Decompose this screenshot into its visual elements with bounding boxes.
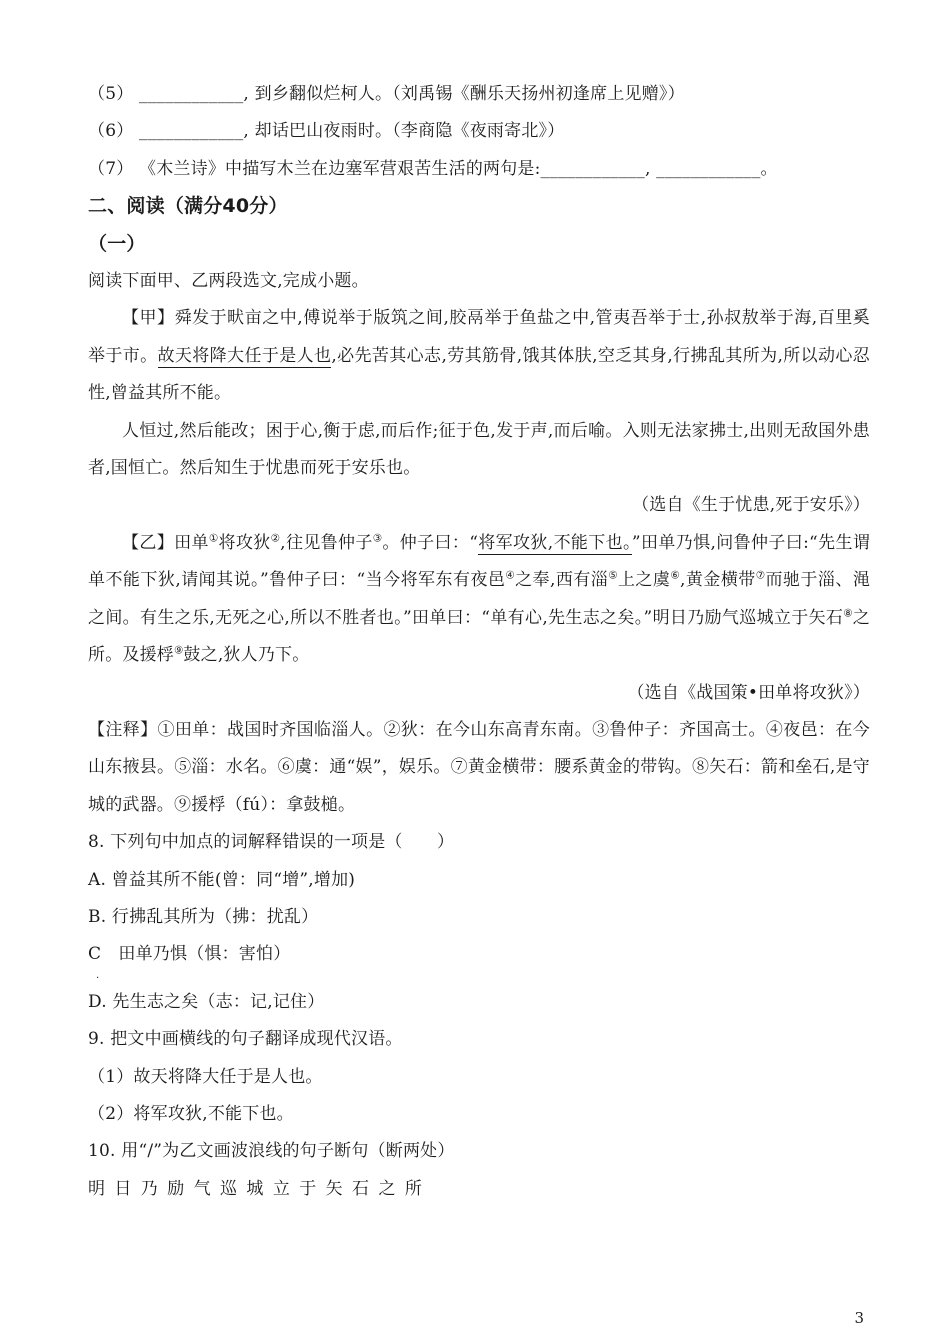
subsection-heading: （一）	[88, 226, 870, 263]
question-10-stem: 10. 用“/”为乙文画波浪线的句子断句（断两处）	[88, 1133, 870, 1170]
note-ref-superscript: ②	[271, 532, 281, 544]
passage-notes: 【注释】①田单：战国时齐国临淄人。②狄：在今山东高青东南。③鲁仲子：齐国高士。④…	[88, 712, 870, 824]
passage-yi-source: （选自《战国策•田单将攻狄》）	[88, 675, 870, 712]
note-ref-superscript: ⑨	[174, 644, 183, 656]
underlined-sentence: 故天将降大任于是人也	[158, 346, 332, 368]
note-ref-superscript: ⑧	[843, 607, 853, 619]
question-8-option-a: A. 曾益其所不能(曾：同“增”,增加)	[88, 862, 870, 899]
text-run: ,黄金横带	[680, 570, 756, 590]
underlined-sentence: 将军攻狄,不能下也。	[478, 533, 632, 555]
passage-jia-paragraph-2: 人恒过,然后能改；困于心,衡于虑,而后作;征于色,发于声,而后喻。入则无法家拂士…	[88, 413, 870, 488]
page-number: 3	[854, 1308, 864, 1328]
section-heading: 二、阅读（满分40分）	[88, 188, 870, 225]
text-run: 上之虞	[618, 570, 670, 590]
text-run: 【乙】田单	[122, 533, 209, 553]
question-9-stem: 9. 把文中画横线的句子翻译成现代汉语。	[88, 1021, 870, 1058]
stray-mark: ·	[88, 974, 870, 984]
note-ref-superscript: ⑤	[608, 570, 618, 582]
note-ref-superscript: ①	[209, 532, 219, 544]
question-8-option-b: B. 行拂乱其所为（拂：扰乱）	[88, 899, 870, 936]
exam-page-content: （5） ____________, 到乡翻似烂柯人。（刘禹锡《酬乐天扬州初逢席上…	[0, 0, 950, 1208]
note-ref-superscript: ③	[373, 532, 383, 544]
passage-intro: 阅读下面甲、乙两段选文,完成小题。	[88, 263, 870, 300]
note-ref-superscript: ⑥	[670, 570, 680, 582]
question-10-sentence: 明 日 乃 励 气 巡 城 立 于 矢 石 之 所	[88, 1171, 870, 1208]
text-run: 。仲子曰：“	[382, 533, 478, 553]
completion-item-6: （6） ____________, 却话巴山夜雨时。（李商隐《夜雨寄北》）	[88, 113, 870, 150]
passage-jia-paragraph-1: 【甲】舜发于畎亩之中,傅说举于版筑之间,胶鬲举于鱼盐之中,管夷吾举于士,孙叔敖举…	[88, 300, 870, 412]
note-ref-superscript: ④	[505, 570, 515, 582]
text-run: ,往见鲁仲子	[280, 533, 373, 553]
completion-item-7: （7） 《木兰诗》中描写木兰在边塞军营艰苦生活的两句是:____________…	[88, 151, 870, 188]
question-9-item-1: （1）故天将降大任于是人也。	[88, 1059, 870, 1096]
passage-jia-source: （选自《生于忧患,死于安乐》）	[88, 487, 870, 524]
text-run: 鼓之,狄人乃下。	[183, 645, 309, 665]
text-run: 将攻狄	[218, 533, 270, 553]
question-8-option-d: D. 先生志之矣（志：记,记住）	[88, 984, 870, 1021]
passage-yi-paragraph: 【乙】田单①将攻狄②,往见鲁仲子③。仲子曰：“将军攻狄,不能下也。”田单乃惧,问…	[88, 525, 870, 675]
question-9-item-2: （2）将军攻狄,不能下也。	[88, 1096, 870, 1133]
question-8-option-c: C 田单乃惧（惧：害怕）	[88, 936, 870, 973]
text-run: 之奉,西有淄	[515, 570, 608, 590]
completion-item-5: （5） ____________, 到乡翻似烂柯人。（刘禹锡《酬乐天扬州初逢席上…	[88, 76, 870, 113]
question-8-stem: 8. 下列句中加点的词解释错误的一项是（ ）	[88, 824, 870, 861]
